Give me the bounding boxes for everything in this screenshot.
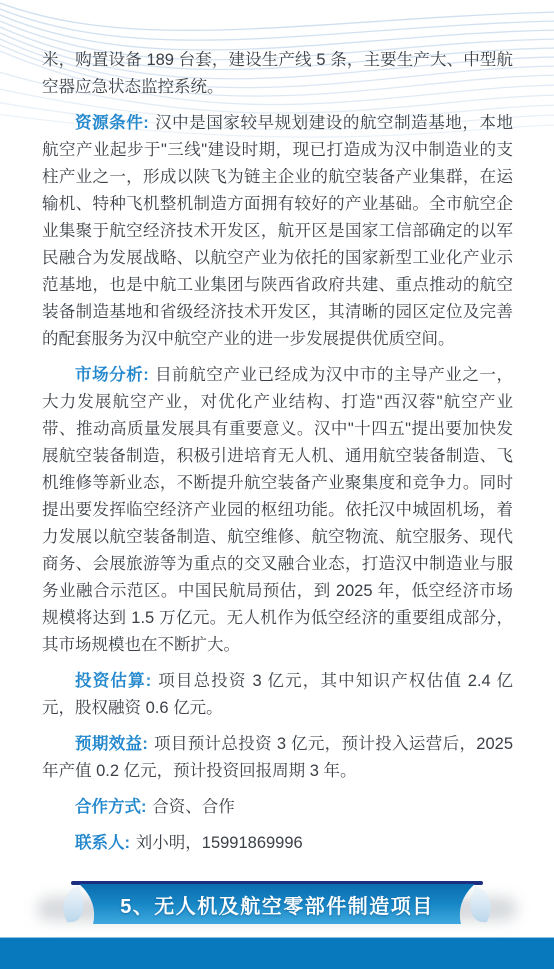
next-project-banner: 5、无人机及航空零部件制造项目 (57, 881, 497, 929)
document-page: 米，购置设备 189 台套，建设生产线 5 条，主要生产大、中型航空器应急状态监… (0, 0, 554, 969)
contact-person-label: 联系人: (75, 834, 130, 852)
section-contact-person: 联系人:刘小明，15991869996 (42, 830, 513, 857)
section-expected-benefits: 预期效益:项目预计总投资 3 亿元，预计投入运营后，2025 年产值 0.2 亿… (42, 731, 513, 785)
market-analysis-label: 市场分析: (75, 366, 149, 384)
section-resource-conditions: 资源条件:汉中是国家较早规划建设的航空制造基地，本地航空产业起步于"三线"建设时… (42, 110, 513, 353)
intro-continuation-paragraph: 米，购置设备 189 台套，建设生产线 5 条，主要生产大、中型航空器应急状态监… (42, 47, 513, 101)
cooperation-method-label: 合作方式: (75, 798, 147, 816)
contact-person-text: 刘小明，15991869996 (136, 834, 303, 852)
resource-conditions-text: 汉中是国家较早规划建设的航空制造基地，本地航空产业起步于"三线"建设时期，现已打… (42, 114, 513, 348)
cooperation-method-text: 合资、合作 (152, 798, 235, 816)
resource-conditions-label: 资源条件: (75, 114, 149, 132)
section-cooperation-method: 合作方式:合资、合作 (42, 794, 513, 821)
market-analysis-text: 目前航空产业已经成为汉中市的主导产业之一，大力发展航空产业，对优化产业结构、打造… (42, 366, 513, 654)
footer-bar (0, 937, 554, 969)
investment-estimate-label: 投资估算: (75, 672, 151, 690)
section-market-analysis: 市场分析:目前航空产业已经成为汉中市的主导产业之一，大力发展航空产业，对优化产业… (42, 362, 513, 659)
banner-title: 5、无人机及航空零部件制造项目 (57, 890, 497, 919)
document-content: 米，购置设备 189 台套，建设生产线 5 条，主要生产大、中型航空器应急状态监… (42, 47, 513, 866)
section-investment-estimate: 投资估算:项目总投资 3 亿元，其中知识产权估值 2.4 亿元，股权融资 0.6… (42, 668, 513, 722)
expected-benefits-label: 预期效益: (75, 735, 148, 753)
